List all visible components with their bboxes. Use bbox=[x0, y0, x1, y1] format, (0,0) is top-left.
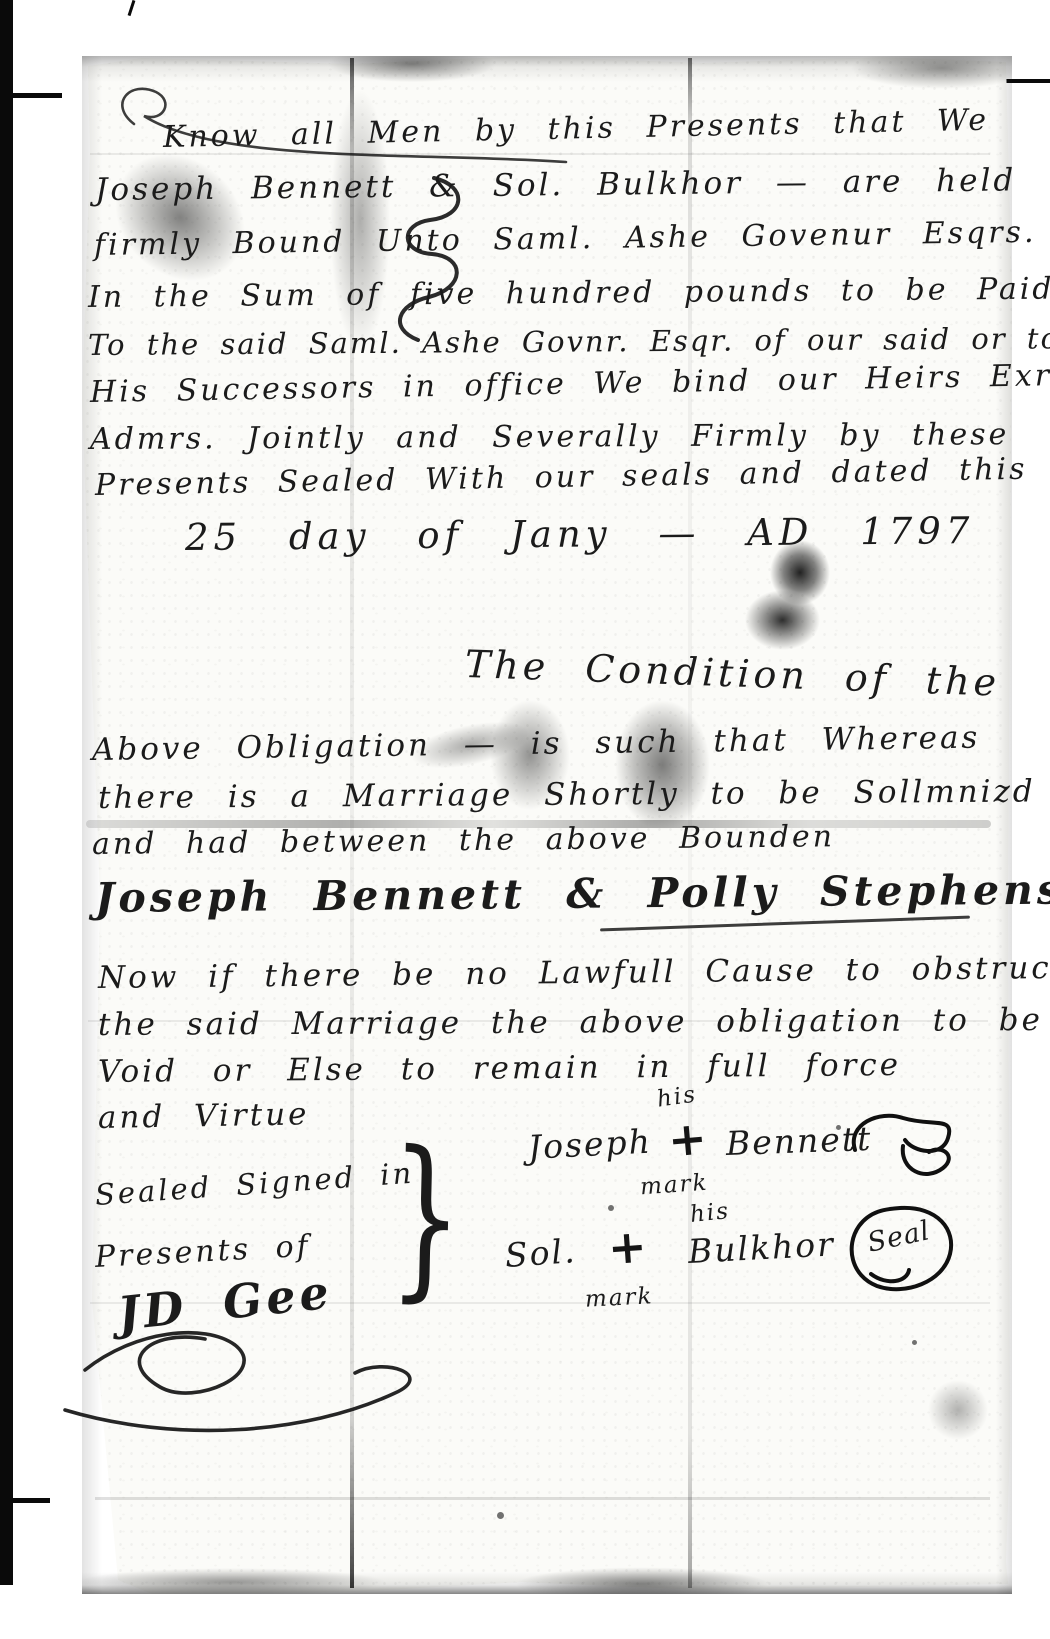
scanner-tick-left-bottom bbox=[6, 1498, 50, 1503]
scanner-tick-top bbox=[128, 0, 136, 16]
scanner-edge-bar bbox=[0, 0, 13, 1585]
bulkhor-last-name: Bulkhor bbox=[687, 1224, 836, 1271]
bennett-mark-note: mark bbox=[639, 1170, 709, 1201]
scanner-tick-right bbox=[1004, 79, 1050, 83]
line-and-virtue: and Virtue bbox=[98, 1096, 310, 1136]
attestation-brace: } bbox=[388, 1128, 464, 1307]
scanner-tick-left-top bbox=[0, 93, 62, 98]
scanned-document-page: Know all Men by this Presents that We Jo… bbox=[0, 0, 1050, 1639]
speck-2 bbox=[608, 1205, 614, 1211]
bulkhor-first-name: Sol. bbox=[504, 1231, 578, 1275]
bennett-first-name: Joseph bbox=[527, 1122, 653, 1167]
line-void-or-else: Void or Else to remain in full force bbox=[98, 1047, 901, 1090]
line-said-marriage: the said Marriage the above obligation t… bbox=[98, 1002, 1043, 1043]
bulkhor-his-note: his bbox=[689, 1198, 731, 1228]
bennett-seal-scribble bbox=[845, 1108, 960, 1193]
line-date: 25 day of Jany — AD 1797 bbox=[185, 509, 975, 559]
witness-signature-flourish bbox=[55, 1315, 475, 1445]
line-jointly: Admrs. Jointly and Severally Firmly by t… bbox=[90, 417, 1010, 457]
line-couple-names: Joseph Bennett & Polly Stephenson bbox=[95, 865, 1050, 922]
speck-4 bbox=[912, 1340, 917, 1345]
speck-1 bbox=[497, 1512, 504, 1519]
bennett-his-note: his bbox=[655, 1081, 698, 1112]
bulkhor-mark-note: mark bbox=[584, 1283, 654, 1313]
line-to-the-said: To the said Saml. Ashe Govnr. Esqr. of o… bbox=[88, 321, 1050, 362]
bennett-mark-cross: + bbox=[666, 1110, 709, 1167]
bulkhor-mark-cross: + bbox=[606, 1219, 648, 1276]
line-marriage-shortly: there is a Marriage Shortly to be Sollmn… bbox=[98, 773, 1036, 816]
